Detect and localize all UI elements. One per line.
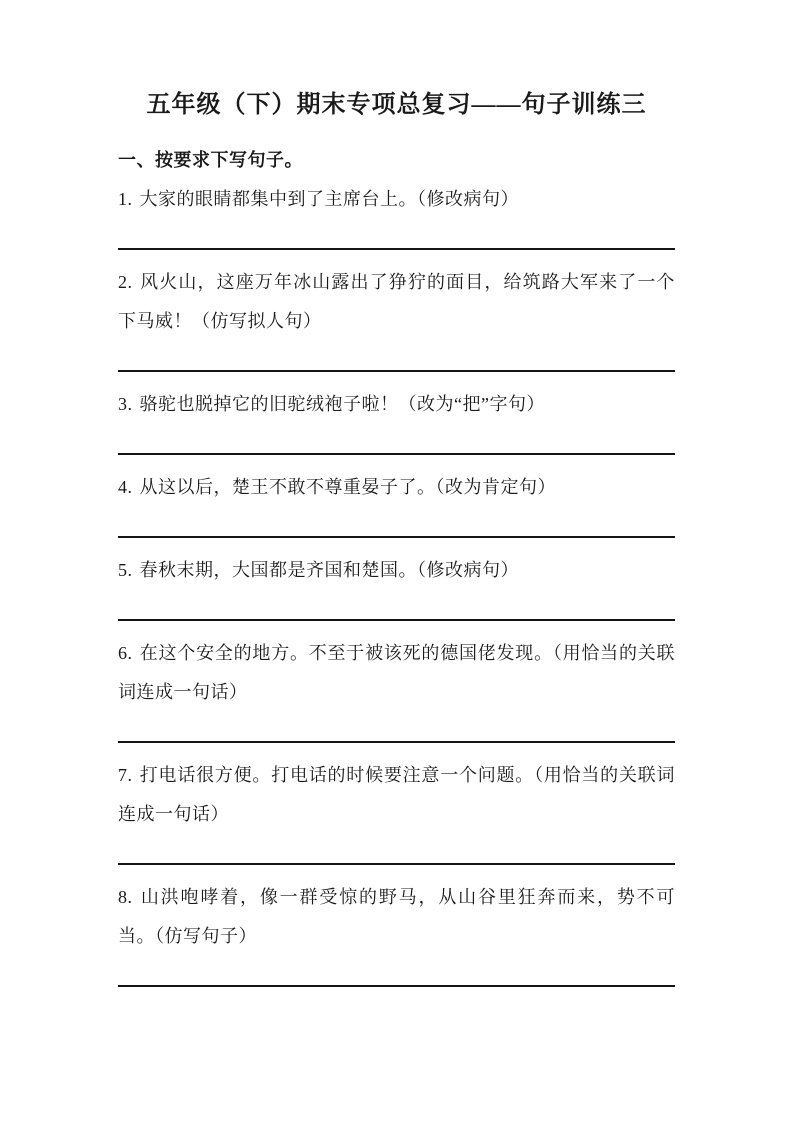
question-number: 8. bbox=[118, 887, 133, 907]
question-item-1: 1.大家的眼睛都集中到了主席台上。（修改病句） bbox=[118, 180, 675, 250]
document-page: 五年级（下）期末专项总复习——句子训练三 一、按要求下写句子。 1.大家的眼睛都… bbox=[0, 0, 793, 1122]
question-number: 2. bbox=[118, 272, 133, 292]
question-body: 在这个安全的地方。不至于被该死的德国佬发现。（用恰当的关联词连成一句话） bbox=[118, 643, 675, 702]
answer-blank-line bbox=[118, 248, 675, 250]
question-list: 1.大家的眼睛都集中到了主席台上。（修改病句） 2.风火山，这座万年冰山露出了狰… bbox=[118, 180, 675, 987]
question-item-7: 7.打电话很方便。打电话的时候要注意一个问题。（用恰当的关联词连成一句话） bbox=[118, 756, 675, 865]
question-item-4: 4.从这以后，楚王不敢不尊重晏子了。（改为肯定句） bbox=[118, 468, 675, 538]
question-number: 7. bbox=[118, 765, 133, 785]
answer-blank-line bbox=[118, 370, 675, 372]
question-text: 2.风火山，这座万年冰山露出了狰狞的面目，给筑路大军来了一个下马威！（仿写拟人句… bbox=[118, 263, 675, 341]
question-body: 大家的眼睛都集中到了主席台上。（修改病句） bbox=[140, 189, 520, 209]
question-body: 春秋末期，大国都是齐国和楚国。（修改病句） bbox=[140, 560, 520, 580]
question-item-6: 6.在这个安全的地方。不至于被该死的德国佬发现。（用恰当的关联词连成一句话） bbox=[118, 634, 675, 743]
page-title: 五年级（下）期末专项总复习——句子训练三 bbox=[118, 88, 675, 122]
question-body: 山洪咆哮着，像一群受惊的野马，从山谷里狂奔而来，势不可当。（仿写句子） bbox=[118, 887, 675, 946]
answer-blank-line bbox=[118, 619, 675, 621]
question-number: 5. bbox=[118, 560, 133, 580]
question-item-8: 8.山洪咆哮着，像一群受惊的野马，从山谷里狂奔而来，势不可当。（仿写句子） bbox=[118, 878, 675, 987]
question-text: 3.骆驼也脱掉它的旧驼绒袍子啦！（改为“把”字句） bbox=[118, 385, 675, 424]
question-item-2: 2.风火山，这座万年冰山露出了狰狞的面目，给筑路大军来了一个下马威！（仿写拟人句… bbox=[118, 263, 675, 372]
question-number: 3. bbox=[118, 394, 133, 414]
question-text: 7.打电话很方便。打电话的时候要注意一个问题。（用恰当的关联词连成一句话） bbox=[118, 756, 675, 834]
answer-blank-line bbox=[118, 741, 675, 743]
question-text: 6.在这个安全的地方。不至于被该死的德国佬发现。（用恰当的关联词连成一句话） bbox=[118, 634, 675, 712]
answer-blank-line bbox=[118, 985, 675, 987]
question-body: 从这以后，楚王不敢不尊重晏子了。（改为肯定句） bbox=[140, 477, 557, 497]
question-text: 8.山洪咆哮着，像一群受惊的野马，从山谷里狂奔而来，势不可当。（仿写句子） bbox=[118, 878, 675, 956]
question-number: 1. bbox=[118, 189, 133, 209]
answer-blank-line bbox=[118, 536, 675, 538]
answer-blank-line bbox=[118, 863, 675, 865]
question-item-5: 5.春秋末期，大国都是齐国和楚国。（修改病句） bbox=[118, 551, 675, 621]
question-text: 1.大家的眼睛都集中到了主席台上。（修改病句） bbox=[118, 180, 675, 219]
question-text: 4.从这以后，楚王不敢不尊重晏子了。（改为肯定句） bbox=[118, 468, 675, 507]
question-number: 6. bbox=[118, 643, 133, 663]
question-item-3: 3.骆驼也脱掉它的旧驼绒袍子啦！（改为“把”字句） bbox=[118, 385, 675, 455]
question-text: 5.春秋末期，大国都是齐国和楚国。（修改病句） bbox=[118, 551, 675, 590]
question-body: 骆驼也脱掉它的旧驼绒袍子啦！（改为“把”字句） bbox=[140, 394, 545, 414]
question-body: 打电话很方便。打电话的时候要注意一个问题。（用恰当的关联词连成一句话） bbox=[118, 765, 675, 824]
question-body: 风火山，这座万年冰山露出了狰狞的面目，给筑路大军来了一个下马威！（仿写拟人句） bbox=[118, 272, 675, 331]
answer-blank-line bbox=[118, 453, 675, 455]
section-heading: 一、按要求下写句子。 bbox=[118, 148, 675, 172]
question-number: 4. bbox=[118, 477, 133, 497]
